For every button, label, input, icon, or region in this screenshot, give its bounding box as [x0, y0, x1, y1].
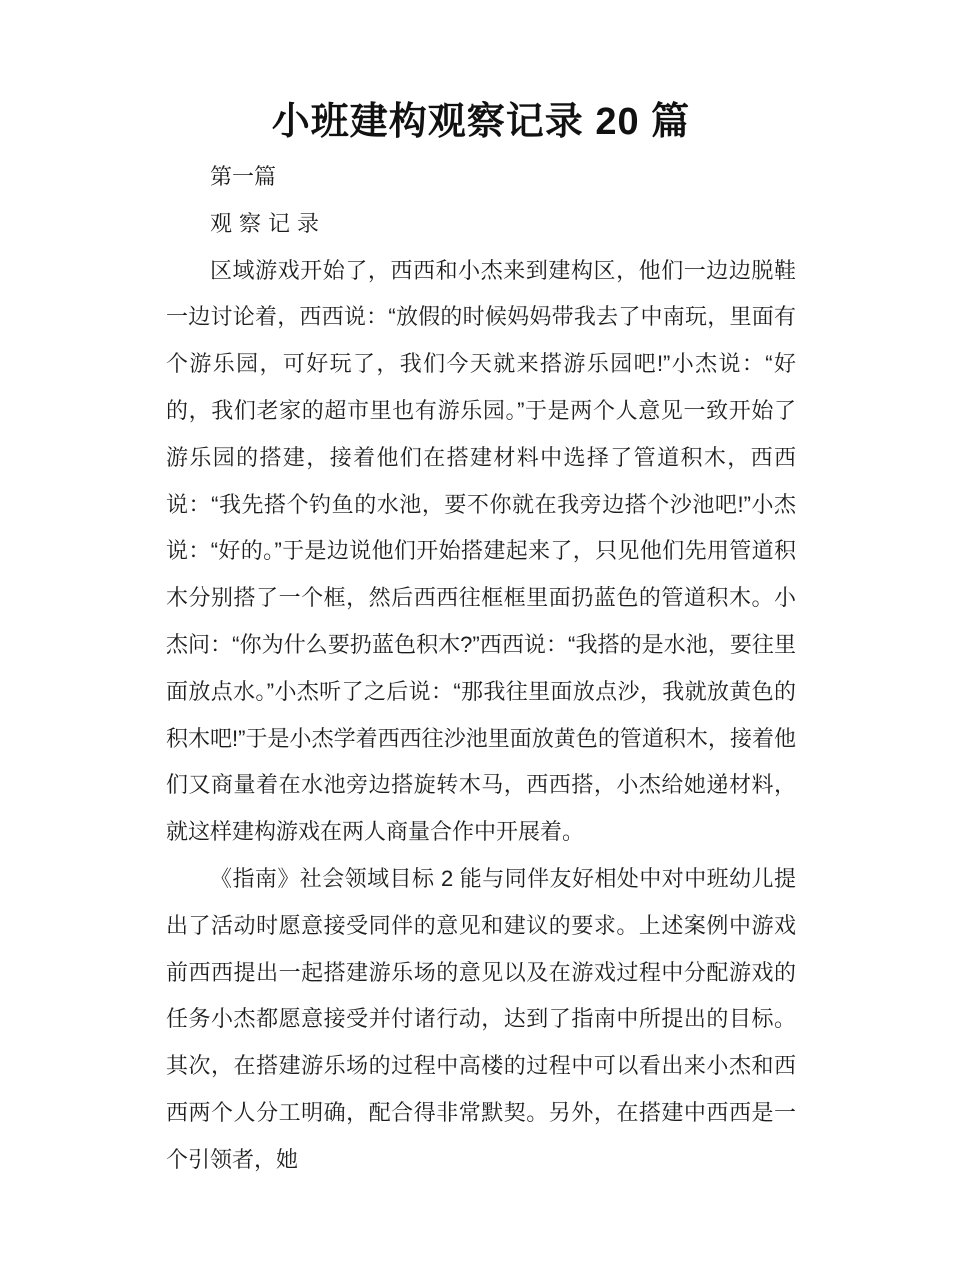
- paragraph-analysis: 《指南》社会领域目标 2 能与同伴友好相处中对中班幼儿提出了活动时愿意接受同伴的…: [166, 856, 796, 1184]
- document-title: 小班建构观察记录 20 篇: [166, 94, 796, 150]
- section-label: 第一篇: [166, 154, 796, 201]
- document-page: 小班建构观察记录 20 篇 第一篇 观察记录 区域游戏开始了，西西和小杰来到建构…: [0, 0, 960, 1280]
- paragraph-observation: 区域游戏开始了，西西和小杰来到建构区，他们一边边脱鞋一边讨论着，西西说：“放假的…: [166, 248, 796, 856]
- subsection-label: 观察记录: [166, 201, 796, 248]
- document-content: 小班建构观察记录 20 篇 第一篇 观察记录 区域游戏开始了，西西和小杰来到建构…: [166, 94, 796, 1184]
